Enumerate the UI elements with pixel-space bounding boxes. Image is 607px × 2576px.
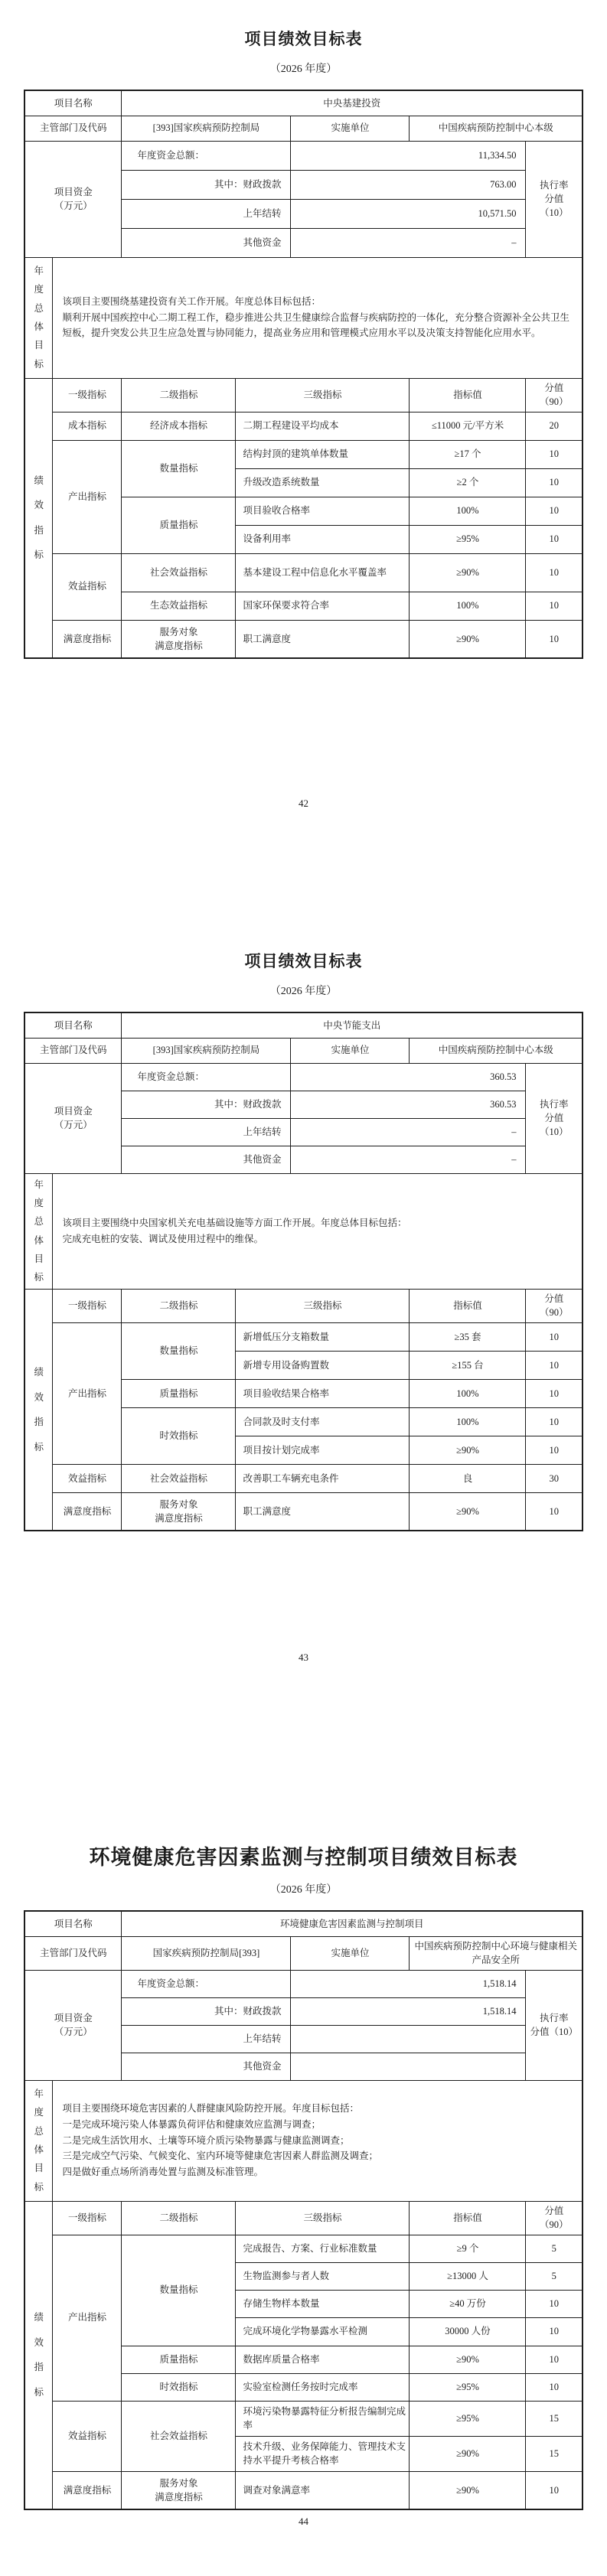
funding-label: 上年结转: [122, 2025, 291, 2053]
indicator-value: ≥90%: [410, 553, 526, 592]
header-level2: 二级指标: [122, 378, 236, 412]
indicator-l1: 产出指标: [53, 2235, 122, 2401]
funding-value: [291, 2053, 526, 2080]
annual-goal-text: 该项目主要围绕基建投资有关工作开展。年度总体目标包括： 顺利开展中国疾控中心二期…: [53, 257, 583, 378]
execution-rate-score: 执行率 分值 （10）: [526, 141, 583, 257]
indicator-score: 10: [526, 468, 583, 497]
funding-value: [291, 2025, 526, 2053]
indicator-value: ≥90%: [410, 2471, 526, 2509]
funding-label: 其他资金: [122, 228, 291, 257]
indicator-score: 10: [526, 1351, 583, 1379]
indicator-score: 15: [526, 2401, 583, 2436]
header-level2: 二级指标: [122, 2201, 236, 2235]
indicator-value: ≥9 个: [410, 2235, 526, 2262]
indicator-score: 10: [526, 440, 583, 468]
indicator-l3: 设备利用率: [236, 525, 410, 553]
header-value: 指标值: [410, 378, 526, 412]
indicator-l3: 升级改造系统数量: [236, 468, 410, 497]
funding-label: 年度资金总额：: [122, 1970, 291, 1997]
indicator-value: 30000 人份: [410, 2317, 526, 2346]
funding-value: 11,334.50: [291, 141, 526, 170]
indicator-l2: 服务对象 满意度指标: [122, 2471, 236, 2509]
funding-label: 年度资金总额：: [122, 141, 291, 170]
funding-label: 其中：财政拨款: [122, 170, 291, 199]
indicator-l3: 职工满意度: [236, 620, 410, 658]
funding-value: –: [291, 1118, 526, 1146]
indicator-value: ≥90%: [410, 2346, 526, 2373]
annual-goal-label: 年度总体目标: [24, 1173, 53, 1289]
indicator-value: ≥13000 人: [410, 2262, 526, 2290]
indicator-l3: 项目按计划完成率: [236, 1436, 410, 1464]
impl-unit-label: 实施单位: [291, 1038, 410, 1063]
funding-value: 10,571.50: [291, 199, 526, 228]
project-name-value: 环境健康危害因素监测与控制项目: [122, 1911, 583, 1936]
header-level3: 三级指标: [236, 1289, 410, 1322]
indicator-value: ≥17 个: [410, 440, 526, 468]
page-subtitle: （2026 年度）: [0, 983, 607, 998]
indicator-l1: 成本指标: [53, 412, 122, 440]
funding-value: 360.53: [291, 1063, 526, 1091]
indicator-l2: 时效指标: [122, 1407, 236, 1464]
indicator-score: 10: [526, 497, 583, 525]
impl-unit-label: 实施单位: [291, 1936, 410, 1970]
funding-value: 1,518.14: [291, 1970, 526, 1997]
indicator-l3: 调查对象满意率: [236, 2471, 410, 2509]
indicator-score: 10: [526, 620, 583, 658]
indicator-value: ≥90%: [410, 2436, 526, 2471]
indicator-l3: 国家环保要求符合率: [236, 592, 410, 620]
project-name-value: 中央基建投资: [122, 90, 583, 116]
indicator-score: 30: [526, 1464, 583, 1492]
indicator-value: 100%: [410, 592, 526, 620]
header-level2: 二级指标: [122, 1289, 236, 1322]
project-name-label: 项目名称: [24, 1911, 122, 1936]
indicator-l3: 项目验收结果合格率: [236, 1379, 410, 1407]
funding-section-label: 项目资金 （万元）: [24, 141, 122, 257]
indicator-l2: 数量指标: [122, 1322, 236, 1379]
perf-section-label: 绩效指标: [24, 1289, 53, 1531]
dept-code-label: 主管部门及代码: [24, 116, 122, 141]
indicator-l3: 二期工程建设平均成本: [236, 412, 410, 440]
indicator-l2: 质量指标: [122, 2346, 236, 2373]
header-level3: 三级指标: [236, 2201, 410, 2235]
indicator-l1: 满意度指标: [53, 620, 122, 658]
indicator-score: 10: [526, 592, 583, 620]
impl-unit-value: 中国疾病预防控制中心本级: [410, 1038, 583, 1063]
impl-unit-value: 中国疾病预防控制中心环境与健康相关产品安全所: [410, 1936, 583, 1970]
indicator-score: 10: [526, 2346, 583, 2373]
indicator-value: 良: [410, 1464, 526, 1492]
indicator-l2: 社会效益指标: [122, 2401, 236, 2471]
indicator-l2: 质量指标: [122, 497, 236, 553]
performance-table-2: 项目名称 中央节能支出 主管部门及代码 [393]国家疾病预防控制局 实施单位 …: [24, 1012, 583, 1531]
indicator-l3: 新增专用设备购置数: [236, 1351, 410, 1379]
performance-table-1: 项目名称 中央基建投资 主管部门及代码 [393]国家疾病预防控制局 实施单位 …: [24, 90, 583, 659]
indicator-score: 10: [526, 1436, 583, 1464]
indicator-l3: 实验室检测任务按时完成率: [236, 2373, 410, 2401]
indicator-l2: 经济成本指标: [122, 412, 236, 440]
header-score: 分值 （90）: [526, 378, 583, 412]
funding-value: 360.53: [291, 1091, 526, 1118]
indicator-l2: 服务对象 满意度指标: [122, 1492, 236, 1531]
indicator-score: 20: [526, 412, 583, 440]
indicator-l2: 时效指标: [122, 2373, 236, 2401]
funding-value: 1,518.14: [291, 1997, 526, 2025]
indicator-l1: 效益指标: [53, 2401, 122, 2471]
funding-label: 其他资金: [122, 2053, 291, 2080]
indicator-l2: 质量指标: [122, 1379, 236, 1407]
indicator-l2: 服务对象 满意度指标: [122, 620, 236, 658]
funding-label: 年度资金总额：: [122, 1063, 291, 1091]
indicator-l1: 满意度指标: [53, 1492, 122, 1531]
indicator-value: ≤11000 元/平方米: [410, 412, 526, 440]
indicator-l3: 基本建设工程中信息化水平覆盖率: [236, 553, 410, 592]
funding-value: 763.00: [291, 170, 526, 199]
perf-section-label: 绩效指标: [24, 378, 53, 658]
dept-code-label: 主管部门及代码: [24, 1936, 122, 1970]
indicator-score: 5: [526, 2235, 583, 2262]
indicator-l3: 改善职工车辆充电条件: [236, 1464, 410, 1492]
header-level1: 一级指标: [53, 378, 122, 412]
page-1: 项目绩效目标表 （2026 年度） 项目名称 中央基建投资 主管部门及代码 [3…: [0, 27, 607, 659]
header-score: 分值 （90）: [526, 2201, 583, 2235]
indicator-value: ≥90%: [410, 1436, 526, 1464]
indicator-l2: 社会效益指标: [122, 553, 236, 592]
page-2: 项目绩效目标表 （2026 年度） 项目名称 中央节能支出 主管部门及代码 [3…: [0, 949, 607, 1531]
page-3: 环境健康危害因素监测与控制项目绩效目标表 （2026 年度） 项目名称 环境健康…: [0, 1841, 607, 2510]
funding-section-label: 项目资金 （万元）: [24, 1063, 122, 1173]
indicator-l3: 结构封顶的建筑单体数量: [236, 440, 410, 468]
indicator-score: 15: [526, 2436, 583, 2471]
annual-goal-text: 项目主要围绕环境危害因素的人群健康风险防控开展。年度目标包括： 一是完成环境污染…: [53, 2080, 583, 2201]
impl-unit-label: 实施单位: [291, 116, 410, 141]
indicator-score: 10: [526, 2290, 583, 2317]
impl-unit-value: 中国疾病预防控制中心本级: [410, 116, 583, 141]
header-level1: 一级指标: [53, 1289, 122, 1322]
indicator-l3: 环境污染物暴露特征分析报告编制完成率: [236, 2401, 410, 2436]
indicator-value: ≥95%: [410, 2373, 526, 2401]
indicator-value: ≥40 万份: [410, 2290, 526, 2317]
indicator-l3: 生物监测参与者人数: [236, 2262, 410, 2290]
header-value: 指标值: [410, 1289, 526, 1322]
performance-table-3: 项目名称 环境健康危害因素监测与控制项目 主管部门及代码 国家疾病预防控制局[3…: [24, 1910, 583, 2510]
indicator-score: 10: [526, 1492, 583, 1531]
funding-value: –: [291, 228, 526, 257]
page-subtitle: （2026 年度）: [0, 1881, 607, 1896]
indicator-value: ≥90%: [410, 1492, 526, 1531]
header-level3: 三级指标: [236, 378, 410, 412]
indicator-value: 100%: [410, 1407, 526, 1436]
dept-code-label: 主管部门及代码: [24, 1038, 122, 1063]
indicator-l3: 完成环境化学物暴露水平检测: [236, 2317, 410, 2346]
page-title: 环境健康危害因素监测与控制项目绩效目标表: [0, 1841, 607, 1870]
execution-rate-score: 执行率 分值（10）: [526, 1970, 583, 2080]
indicator-score: 10: [526, 525, 583, 553]
indicator-value: ≥35 套: [410, 1322, 526, 1351]
document-page: 项目绩效目标表 （2026 年度） 项目名称 中央基建投资 主管部门及代码 [3…: [0, 0, 607, 2576]
indicator-l3: 技术升级、业务保障能力、管理技术支持水平提升考核合格率: [236, 2436, 410, 2471]
indicator-value: 100%: [410, 497, 526, 525]
project-name-label: 项目名称: [24, 90, 122, 116]
indicator-l3: 项目验收合格率: [236, 497, 410, 525]
funding-label: 其中：财政拨款: [122, 1997, 291, 2025]
execution-rate-score: 执行率 分值 （10）: [526, 1063, 583, 1173]
annual-goal-label: 年度总体目标: [24, 257, 53, 378]
funding-label: 上年结转: [122, 199, 291, 228]
perf-section-label: 绩效指标: [24, 2201, 53, 2509]
indicator-l1: 效益指标: [53, 1464, 122, 1492]
indicator-l1: 效益指标: [53, 553, 122, 620]
indicator-l2: 社会效益指标: [122, 1464, 236, 1492]
funding-section-label: 项目资金 （万元）: [24, 1970, 122, 2080]
indicator-value: ≥90%: [410, 620, 526, 658]
indicator-l3: 新增低压分支箱数量: [236, 1322, 410, 1351]
indicator-score: 10: [526, 1379, 583, 1407]
funding-label: 上年结转: [122, 1118, 291, 1146]
indicator-value: ≥155 台: [410, 1351, 526, 1379]
indicator-score: 5: [526, 2262, 583, 2290]
project-name-label: 项目名称: [24, 1012, 122, 1038]
indicator-l3: 数据库质量合格率: [236, 2346, 410, 2373]
indicator-l1: 产出指标: [53, 1322, 122, 1464]
indicator-score: 10: [526, 1407, 583, 1436]
indicator-value: ≥2 个: [410, 468, 526, 497]
page-title: 项目绩效目标表: [0, 27, 607, 50]
indicator-l2: 生态效益指标: [122, 592, 236, 620]
indicator-value: ≥95%: [410, 2401, 526, 2436]
page-number: 44: [0, 2516, 607, 2528]
page-title: 项目绩效目标表: [0, 949, 607, 972]
project-name-value: 中央节能支出: [122, 1012, 583, 1038]
page-subtitle: （2026 年度）: [0, 60, 607, 76]
indicator-l2: 数量指标: [122, 2235, 236, 2346]
indicator-score: 10: [526, 2373, 583, 2401]
header-level1: 一级指标: [53, 2201, 122, 2235]
indicator-l3: 职工满意度: [236, 1492, 410, 1531]
indicator-value: ≥95%: [410, 525, 526, 553]
annual-goal-text: 该项目主要围绕中央国家机关充电基础设施等方面工作开展。年度总体目标包括： 完成充…: [53, 1173, 583, 1289]
funding-value: –: [291, 1146, 526, 1173]
page-number: 42: [0, 797, 607, 810]
indicator-l3: 存储生物样本数量: [236, 2290, 410, 2317]
dept-code-value: [393]国家疾病预防控制局: [122, 1038, 291, 1063]
dept-code-value: 国家疾病预防控制局[393]: [122, 1936, 291, 1970]
funding-label: 其中：财政拨款: [122, 1091, 291, 1118]
indicator-score: 10: [526, 553, 583, 592]
indicator-l1: 产出指标: [53, 440, 122, 553]
indicator-value: 100%: [410, 1379, 526, 1407]
indicator-l1: 满意度指标: [53, 2471, 122, 2509]
header-score: 分值 （90）: [526, 1289, 583, 1322]
funding-label: 其他资金: [122, 1146, 291, 1173]
dept-code-value: [393]国家疾病预防控制局: [122, 116, 291, 141]
header-value: 指标值: [410, 2201, 526, 2235]
indicator-l2: 数量指标: [122, 440, 236, 497]
indicator-score: 10: [526, 1322, 583, 1351]
page-number: 43: [0, 1652, 607, 1664]
indicator-score: 10: [526, 2317, 583, 2346]
indicator-score: 10: [526, 2471, 583, 2509]
indicator-l3: 完成报告、方案、行业标准数量: [236, 2235, 410, 2262]
annual-goal-label: 年度总体目标: [24, 2080, 53, 2201]
indicator-l3: 合同款及时支付率: [236, 1407, 410, 1436]
